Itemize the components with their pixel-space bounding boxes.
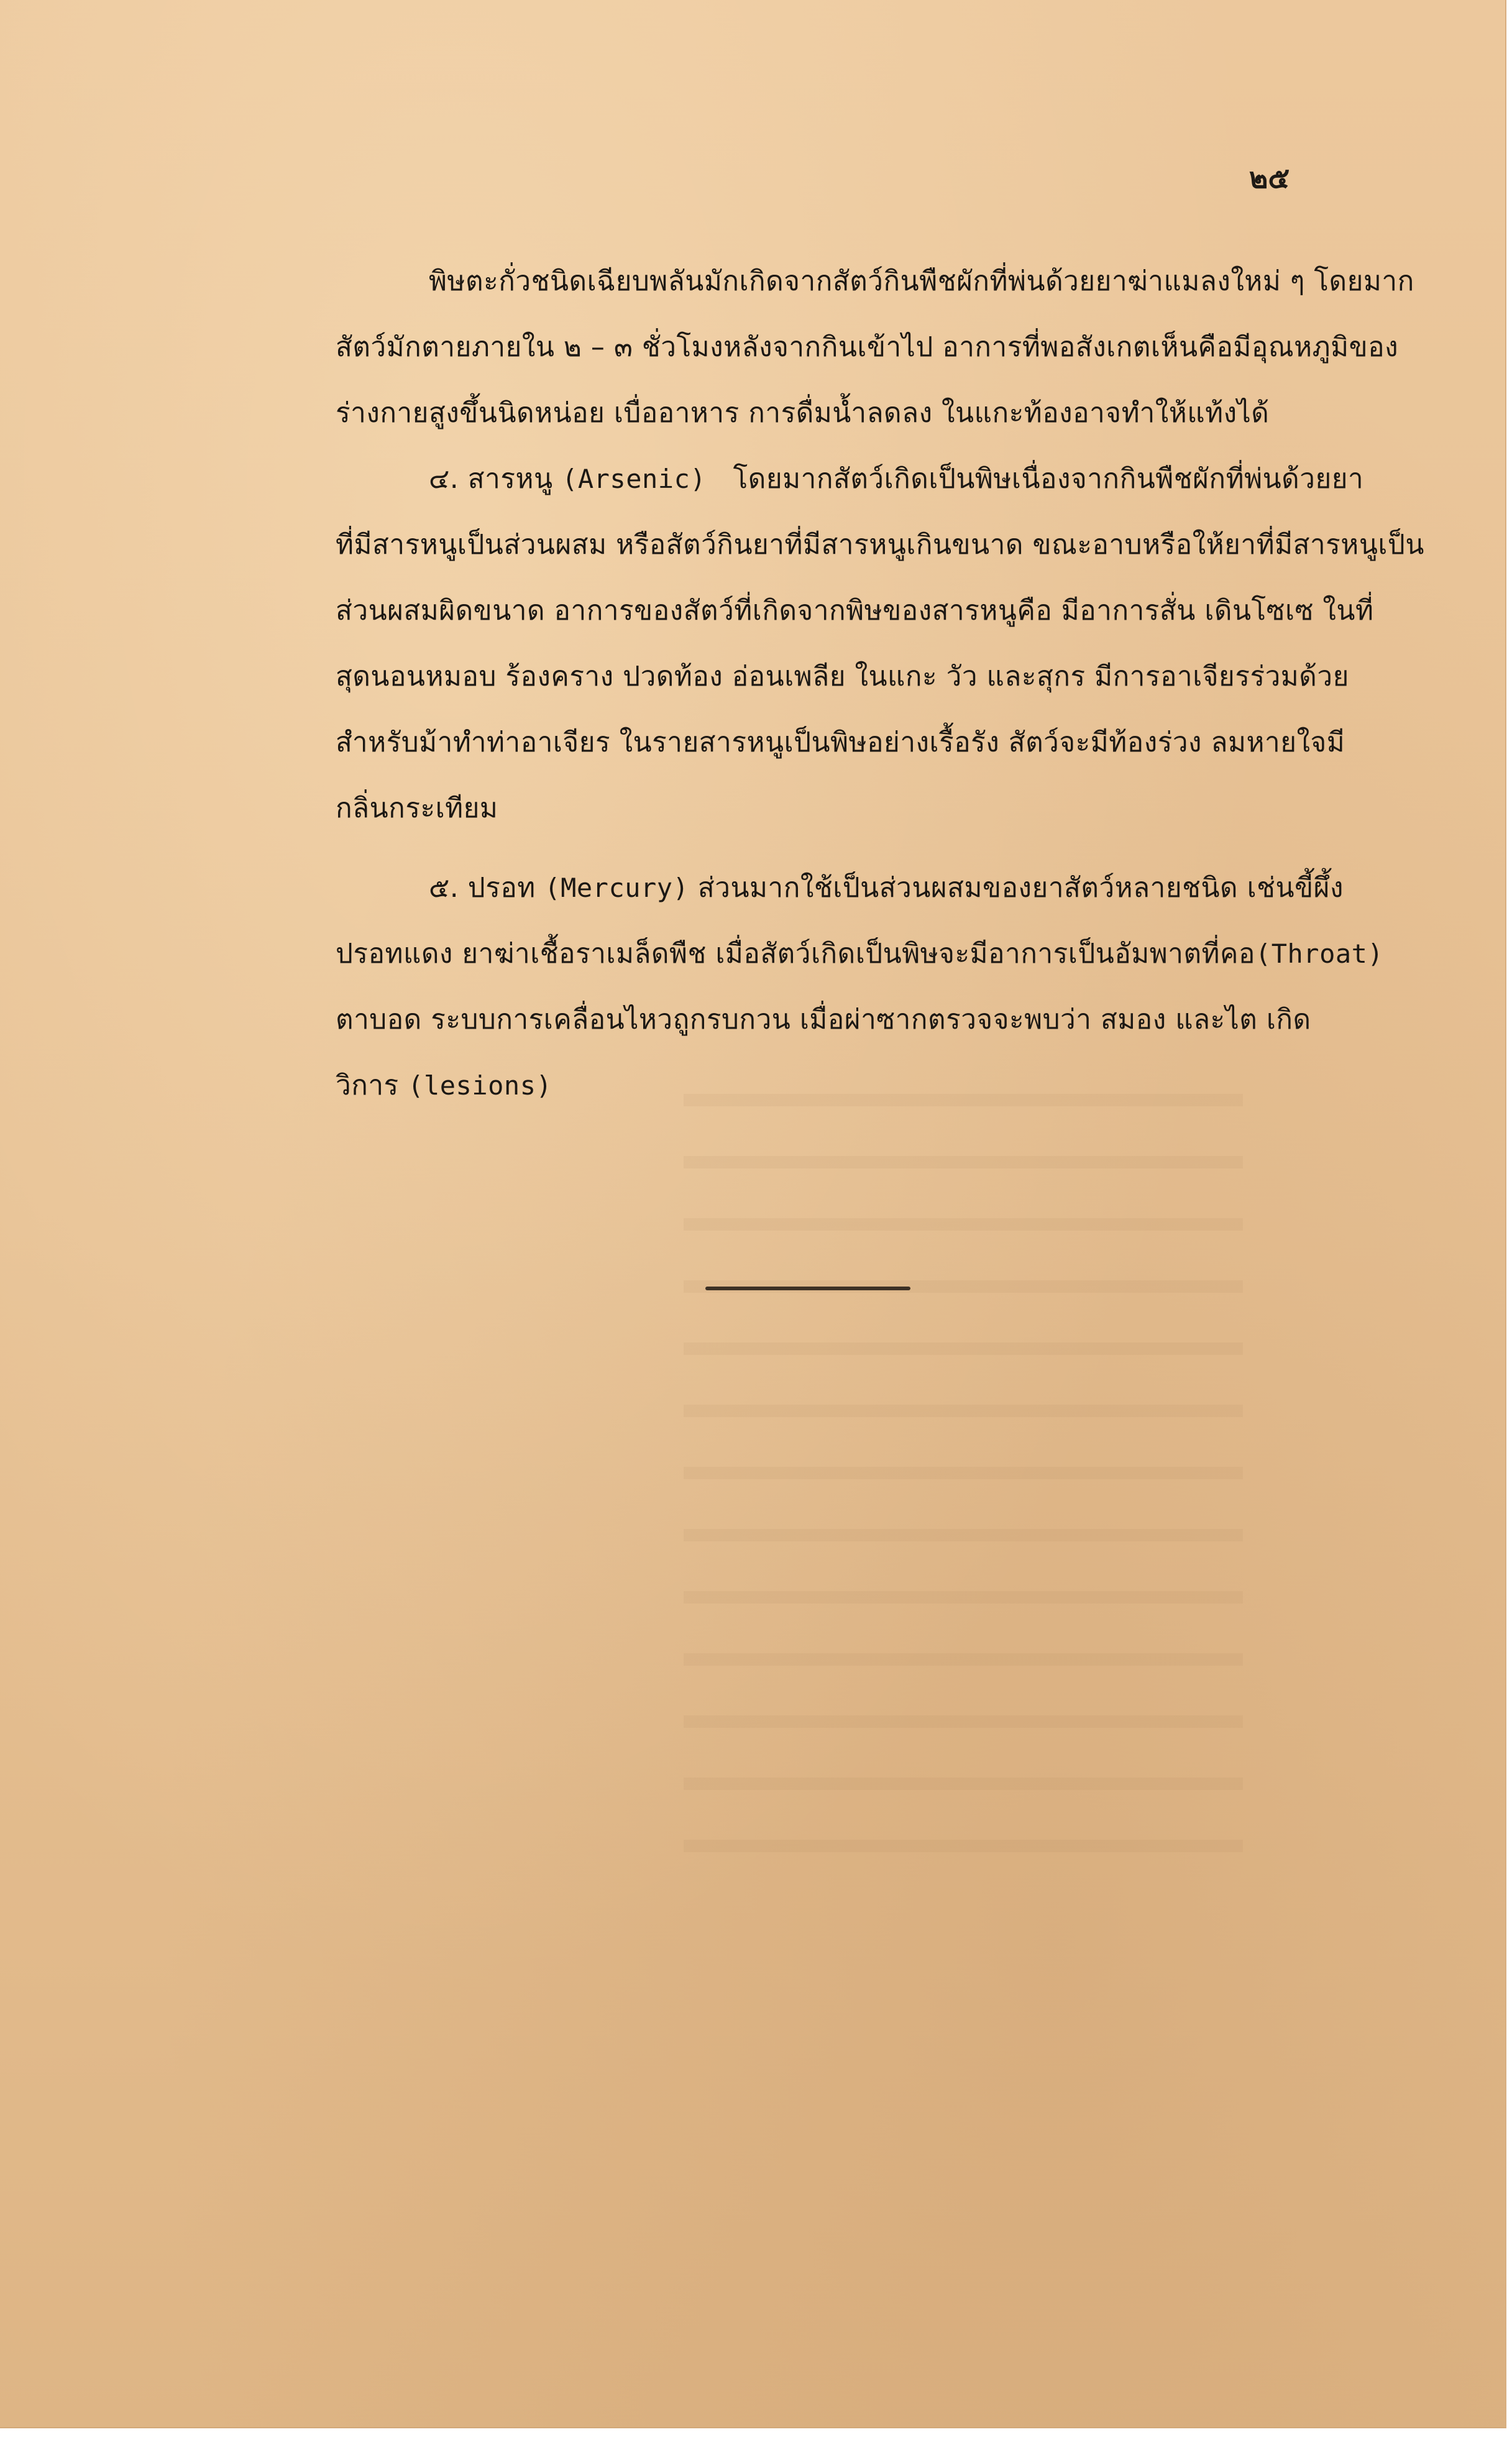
section-text: ส่วนมากใช้เป็นส่วนผสมของยาสัตว์หลายชนิด …: [698, 872, 1344, 904]
section-title: สารหนู: [468, 463, 553, 495]
text-segment: วิการ: [336, 1070, 399, 1101]
document-page: ๒๕ พิษตะกั่วชนิดเฉียบพลันมักเกิดจากสัตว์…: [0, 0, 1506, 2428]
text-line: ร่างกายสูงขึ้นนิดหน่อย เบื่ออาหาร การดื่…: [336, 380, 1386, 446]
text-line: สำหรับม้าทำท่าอาเจียร ในรายสารหนูเป็นพิษ…: [336, 710, 1386, 776]
section-number: ๔.: [429, 463, 459, 495]
text-line: พิษตะกั่วชนิดเฉียบพลันมักเกิดจากสัตว์กิน…: [336, 249, 1386, 314]
text-line: ปรอทแดง ยาฆ่าเชื้อราเมล็ดพืช เมื่อสัตว์เ…: [336, 921, 1386, 987]
page-number: ๒๕: [1249, 155, 1290, 201]
section-heading-mercury: ๕. ปรอท (Mercury) ส่วนมากใช้เป็นส่วนผสมข…: [336, 855, 1386, 921]
text-line: สัตว์มักตายภายใน ๒ – ๓ ชั่วโมงหลังจากกิน…: [336, 314, 1386, 380]
latin-term: (Throat): [1255, 939, 1383, 969]
text-line: กลิ่นกระเทียม: [336, 776, 1386, 842]
section-text: โดยมากสัตว์เกิดเป็นพิษเนื่องจากกินพืชผัก…: [733, 463, 1364, 495]
text-line: วิการ (lesions): [336, 1053, 1386, 1119]
document-body: พิษตะกั่วชนิดเฉียบพลันมักเกิดจากสัตว์กิน…: [336, 249, 1386, 1119]
text-line: สุดนอนหมอบ ร้องคราง ปวดท้อง อ่อนเพลีย ใน…: [336, 644, 1386, 710]
bleed-through-texture: [684, 1044, 1243, 1852]
section-heading-arsenic: ๔. สารหนู (Arsenic) โดยมากสัตว์เกิดเป็นพ…: [336, 446, 1386, 512]
text-segment: ปรอทแดง ยาฆ่าเชื้อราเมล็ดพืช เมื่อสัตว์เ…: [336, 938, 1255, 970]
section-end-divider: [705, 1287, 910, 1290]
section-latin-term: (Arsenic): [562, 464, 706, 494]
text-line: ที่มีสารหนูเป็นส่วนผสม หรือสัตว์กินยาที่…: [336, 512, 1386, 578]
section-number: ๕.: [429, 872, 459, 904]
section-latin-term: (Mercury): [544, 873, 689, 903]
latin-term: (lesions): [408, 1070, 552, 1101]
text-line: ตาบอด ระบบการเคลื่อนไหวถูกรบกวน เมื่อผ่า…: [336, 987, 1386, 1053]
section-title: ปรอท: [468, 872, 536, 904]
text-line: ส่วนผสมผิดขนาด อาการของสัตว์ที่เกิดจากพิ…: [336, 578, 1386, 644]
